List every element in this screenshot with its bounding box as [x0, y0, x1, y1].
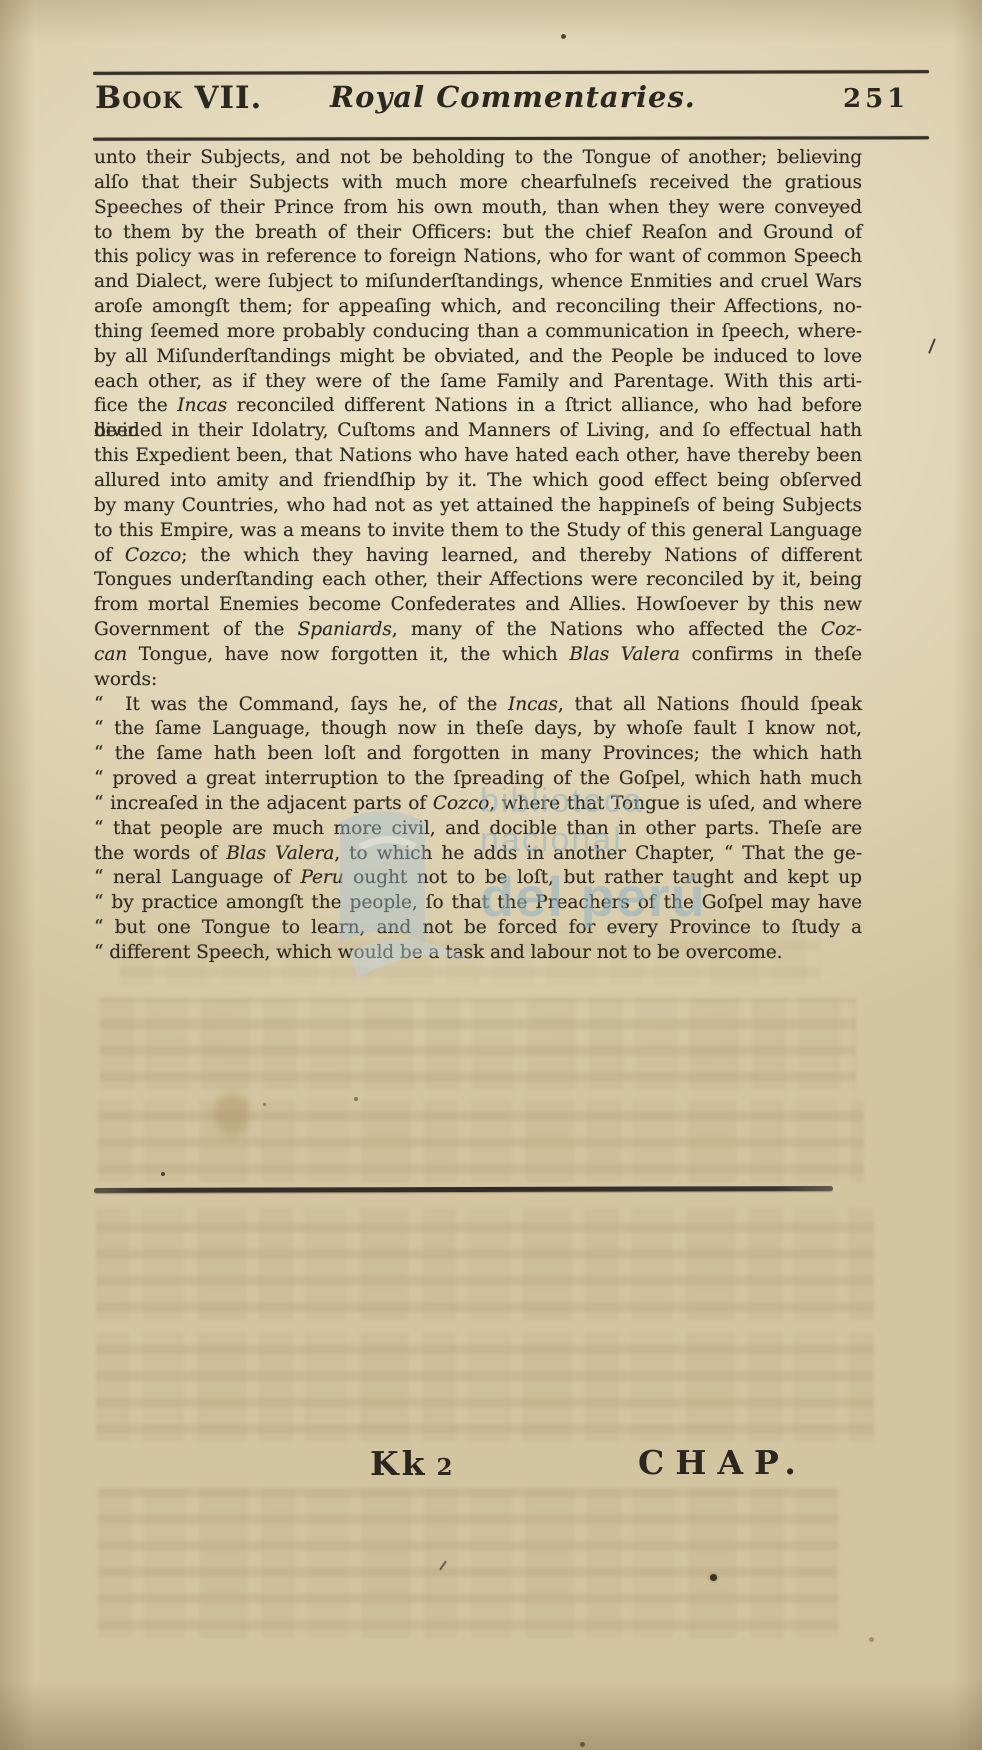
text-line: Speeches of their Prince from his own mo… — [94, 196, 862, 221]
text-line: “ that people are much more civil, and d… — [94, 817, 862, 842]
signature-letters: Kk — [370, 1444, 428, 1483]
scanned-book-page: biblioteca nacional del perú Book VII. R… — [0, 0, 982, 1750]
text-line: unto their Subjects, and not be beholdin… — [94, 146, 862, 171]
separator-ink-rule — [94, 1186, 833, 1192]
text-line: by many Countries, who had not as yet at… — [94, 494, 862, 519]
showthrough-block — [100, 998, 856, 1090]
body-text: unto their Subjects, and not be beholdin… — [94, 146, 862, 966]
showthrough-block — [96, 1208, 874, 1320]
text-line: “ increaſed in the adjacent parts of Coz… — [94, 792, 862, 817]
text-line: “ proved a great interruption to the ſpr… — [94, 767, 862, 792]
showthrough-block — [96, 1332, 874, 1442]
header-rule-top — [93, 70, 929, 75]
ink-mark — [439, 1560, 447, 1570]
text-line: “ It was the Command, ſays he, of the In… — [94, 693, 862, 718]
ink-spot — [710, 1574, 717, 1581]
signature-mark: Kk2 — [370, 1444, 456, 1483]
foxing-speck — [263, 1103, 266, 1106]
text-line: Tongues underſtanding each other, their … — [94, 568, 862, 593]
text-line: “ the ſame Language, though now in theſe… — [94, 717, 862, 742]
text-line: “ but one Tongue to learn, and not be fo… — [94, 916, 862, 941]
text-line: words: — [94, 668, 862, 693]
text-line: this Expedient been, that Nations who ha… — [94, 444, 862, 469]
text-line: allured into amity and friendſhip by it.… — [94, 469, 862, 494]
text-line: fice the Incas reconciled different Nati… — [94, 394, 862, 419]
text-line: “ neral Language of Peru ought not to be… — [94, 866, 862, 891]
foxing-speck — [161, 1172, 165, 1176]
running-title: Royal Commentaries. — [330, 80, 696, 114]
text-line: thing ſeemed more probably conducing tha… — [94, 320, 862, 345]
page-number: 251 — [843, 84, 909, 114]
showthrough-block — [98, 1488, 838, 1638]
foxing-speck — [354, 1097, 358, 1101]
foxing-speck — [561, 34, 566, 39]
header-rule-bottom — [93, 136, 929, 140]
text-line: from mortal Enemies become Confederates … — [94, 593, 862, 618]
signature-number: 2 — [437, 1454, 456, 1481]
text-line: and Dialect, were ſubject to miſunderſta… — [94, 270, 862, 295]
text-line: “ the ſame hath been loſt and forgotten … — [94, 742, 862, 767]
text-line: divided in their Idolatry, Cuſtoms and M… — [94, 419, 862, 444]
text-line: Government of the Spaniards, many of the… — [94, 618, 862, 643]
text-line: “ different Speech, which would be a tas… — [94, 941, 862, 966]
text-line: each other, as if they were of the ſame … — [94, 370, 862, 395]
text-line: this policy was in reference to foreign … — [94, 245, 862, 270]
text-line: to them by the breath of their Officers:… — [94, 221, 862, 246]
text-line: of Cozco; the which they having learned,… — [94, 544, 862, 569]
foxing-speck — [869, 1637, 874, 1642]
text-line: aroſe amongſt them; for appeaſing which,… — [94, 295, 862, 320]
text-line: by all Miſunderſtandings might be obviat… — [94, 345, 862, 370]
text-line: can Tongue, have now forgotten it, the w… — [94, 643, 862, 668]
text-line: alſo that their Subjects with much more … — [94, 171, 862, 196]
ink-mark — [928, 338, 936, 354]
text-line: “ by practice amongſt the people, ſo tha… — [94, 891, 862, 916]
text-line: to this Empire, was a means to invite th… — [94, 519, 862, 544]
book-label: Book VII. — [95, 80, 262, 116]
stain-blotch — [214, 1092, 250, 1136]
catchword: CHAP. — [638, 1443, 807, 1482]
foxing-speck — [580, 1742, 585, 1747]
showthrough-block — [98, 1100, 864, 1182]
text-line: the words of Blas Valera, to which he ad… — [94, 842, 862, 867]
